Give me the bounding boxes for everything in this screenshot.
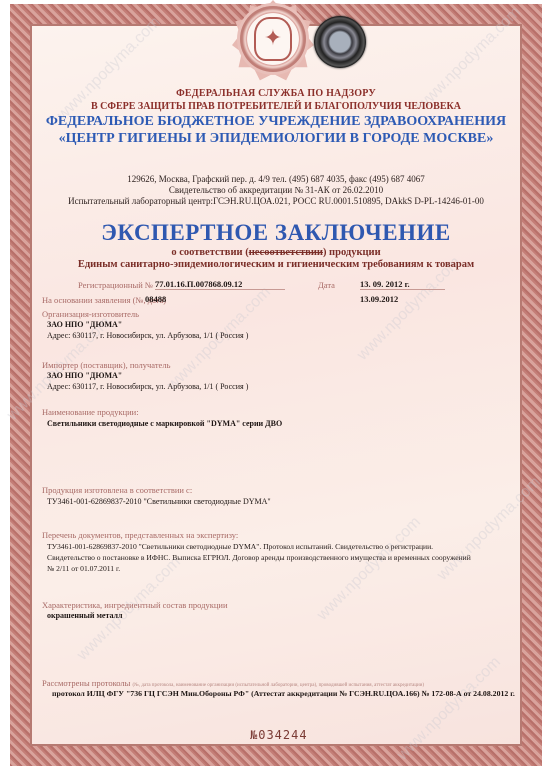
application-number: 08488 [145, 294, 166, 304]
protocols-value: протокол ИЛЦ ФГУ "736 ГЦ ГСЭН Мин.Оборон… [52, 689, 515, 698]
protocols-label: Рассмотрены протоколы [42, 678, 130, 688]
date-label: Дата [318, 280, 335, 290]
serial-number: №034244 [250, 728, 308, 742]
institution-header-line2: «ЦЕНТР ГИГИЕНЫ И ЭПИДЕМИОЛОГИИ В ГОРОДЕ … [30, 131, 522, 147]
documents-line2: Свидетельство о постановке в ИФНС. Выпис… [47, 553, 471, 562]
documents-line3: № 2/11 от 01.07.2011 г. [47, 564, 120, 573]
product-name: Светильники светодиодные с маркировкой "… [47, 419, 282, 428]
agency-header-line1: ФЕДЕРАЛЬНАЯ СЛУЖБА ПО НАДЗОРУ [30, 88, 522, 99]
institution-header-line1: ФЕДЕРАЛЬНОЕ БЮДЖЕТНОЕ УЧРЕЖДЕНИЕ ЗДРАВОО… [30, 114, 522, 130]
subtitle-struck: несоответствии [249, 247, 323, 258]
date-value: 13. 09. 2012 г. [360, 279, 445, 290]
agency-header-line2: В СФЕРЕ ЗАЩИТЫ ПРАВ ПОТРЕБИТЕЛЕЙ И БЛАГО… [30, 101, 522, 112]
protocols-hint: (№, дата протокола, наименование организ… [133, 683, 425, 688]
rospotrebnadzor-emblem-icon: ✦ [240, 6, 306, 72]
hologram-seal-icon [314, 16, 366, 68]
subtitle-prefix: о соответствии ( [171, 247, 248, 258]
document-subtitle-line2: Единым санитарно-эпидемиологическим и ги… [30, 259, 522, 270]
accreditation-certificate: Свидетельство об аккредитации № 31-АК от… [30, 185, 522, 195]
documents-label: Перечень документов, представленных на э… [42, 530, 238, 540]
manufacturer-label: Организация-изготовитель [42, 309, 139, 319]
document-subtitle: о соответствии (несоответствии) продукци… [30, 247, 522, 258]
characteristics-label: Характеристика, ингредиентный состав про… [42, 600, 228, 610]
made-according-value: ТУ3461-001-62869837-2010 "Светильники св… [47, 497, 271, 506]
manufacturer-name: ЗАО НПО "ДЮМА" [47, 320, 122, 329]
document-title: ЭКСПЕРТНОЕ ЗАКЛЮЧЕНИЕ [30, 220, 522, 246]
characteristics-value: окрашенный металл [47, 611, 123, 620]
manufacturer-address: Адрес: 630117, г. Новосибирск, ул. Арбуз… [47, 331, 248, 340]
emblem-figure-icon: ✦ [254, 17, 292, 61]
protocols-label-row: Рассмотрены протоколы (№, дата протокола… [42, 678, 424, 688]
application-date: 13.09.2012 [360, 294, 398, 304]
product-label: Наименование продукции: [42, 407, 139, 417]
testing-lab-center: Испытательный лабораторный центр:ГСЭН.RU… [30, 196, 522, 206]
documents-line1: ТУ3461-001-62869837-2010 "Светильники св… [47, 542, 433, 551]
importer-label: Импортер (поставщик), получатель [42, 360, 170, 370]
importer-name: ЗАО НПО "ДЮМА" [47, 371, 122, 380]
institution-address: 129626, Москва, Графский пер. д. 4/9 тел… [30, 174, 522, 184]
registration-number-value: 77.01.16.П.007868.09.12 [155, 279, 285, 290]
subtitle-suffix: ) продукции [323, 247, 381, 258]
importer-address: Адрес: 630117, г. Новосибирск, ул. Арбуз… [47, 382, 248, 391]
made-according-label: Продукция изготовлена в соответствии с: [42, 485, 192, 495]
registration-number-label: Регистрационный № [78, 280, 153, 290]
